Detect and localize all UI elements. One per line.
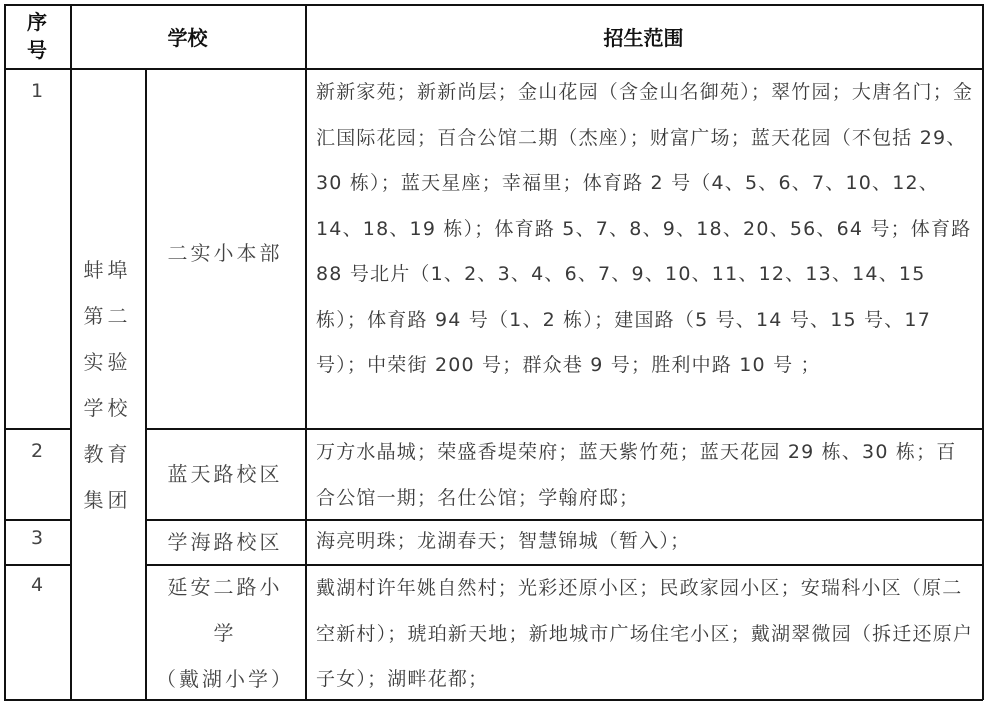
- header-index-line2: 号: [27, 36, 47, 64]
- header-school-label: 学校: [168, 22, 208, 51]
- enrollment-table: 序 号 学校 招生范围 蚌埠 第二 实验 学校 教育 集团 1 二实小本部 新新…: [4, 4, 983, 700]
- header-school: 学校: [70, 4, 305, 68]
- campus-label: 学海路校区: [168, 519, 283, 565]
- group-line-1: 蚌埠: [84, 247, 132, 293]
- group-line-5: 教育: [84, 431, 132, 477]
- range-text: 戴湖村许年姚自然村；光彩还原小区；民政家园小区；安瑞科小区（原二空新村）；琥珀新…: [316, 566, 974, 703]
- group-line-6: 集团: [84, 477, 132, 523]
- row1-range: 新新家苑；新新尚层；金山花园（含金山名御苑）；翠竹园；大唐名门；金汇国际花园；百…: [305, 68, 982, 428]
- row4-index: 4: [4, 564, 70, 699]
- row2-index: 2: [4, 428, 70, 519]
- row4-range: 戴湖村许年姚自然村；光彩还原小区；民政家园小区；安瑞科小区（原二空新村）；琥珀新…: [305, 564, 982, 699]
- row3-range: 海亮明珠；龙湖春天；智慧锦城（暂入）；: [305, 519, 982, 564]
- range-text: 海亮明珠；龙湖春天；智慧锦城（暂入）；: [316, 519, 690, 565]
- row2-campus: 蓝天路校区: [145, 428, 305, 519]
- row3-index: 3: [4, 519, 70, 564]
- campus-label: 二实小本部: [168, 230, 283, 428]
- header-range: 招生范围: [305, 4, 982, 68]
- group-line-2: 第二: [84, 293, 132, 339]
- row-index-label: 4: [31, 574, 43, 596]
- row1-campus: 二实小本部: [145, 68, 305, 428]
- group-line-4: 学校: [84, 385, 132, 431]
- row4-campus: 延安二路小 学 （戴湖小学）: [145, 564, 305, 699]
- campus-line-2: 学: [214, 610, 237, 656]
- group-name-cell: 蚌埠 第二 实验 学校 教育 集团: [70, 68, 145, 699]
- header-index-line1: 序: [27, 8, 47, 36]
- row-index-label: 3: [31, 527, 43, 549]
- row-index-label: 2: [31, 440, 43, 462]
- row1-index: 1: [4, 68, 70, 428]
- campus-label: 蓝天路校区: [168, 451, 283, 497]
- group-line-3: 实验: [84, 339, 132, 385]
- row3-campus: 学海路校区: [145, 519, 305, 564]
- border-right: [982, 4, 984, 700]
- campus-line-1: 延安二路小: [168, 564, 283, 610]
- range-text: 新新家苑；新新尚层；金山花园（含金山名御苑）；翠竹园；大唐名门；金汇国际花园；百…: [316, 70, 974, 389]
- row-index-label: 1: [31, 80, 43, 102]
- header-range-label: 招生范围: [604, 22, 684, 51]
- row2-range: 万方水晶城；荣盛香堤荣府；蓝天紫竹苑；蓝天花园 29 栋、30 栋；百合公馆一期…: [305, 428, 982, 519]
- campus-line-3: （戴湖小学）: [156, 656, 294, 702]
- range-text: 万方水晶城；荣盛香堤荣府；蓝天紫竹苑；蓝天花园 29 栋、30 栋；百合公馆一期…: [316, 430, 974, 521]
- header-index: 序 号: [4, 4, 70, 68]
